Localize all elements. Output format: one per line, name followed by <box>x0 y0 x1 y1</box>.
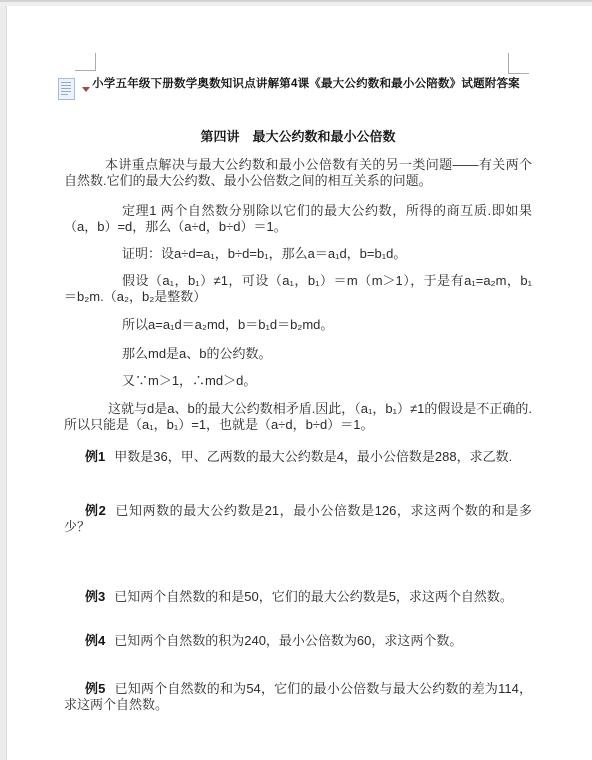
example-4: 例4已知两个自然数的积为240，最小公倍数为60，求这两个数。 <box>64 633 532 649</box>
paragraph-common-divisor: 那么md是a、b的公约数。 <box>64 346 532 362</box>
example-5-label: 例5 <box>85 681 105 696</box>
example-3: 例3已知两个自然数的和是50，它们的最大公约数是5，求这两个自然数。 <box>64 589 532 605</box>
canvas-left-gutter <box>0 0 7 760</box>
example-2: 例2已知两数的最大公约数是21，最小公倍数是126，求这两个数的和是多少？ <box>64 503 532 535</box>
paragraph-inequality: 又∵m＞1，∴md＞d。 <box>64 373 532 389</box>
paragraph-therefore: 所以a=a₁d＝a₂md，b＝b₁d＝b₂md。 <box>64 317 532 333</box>
word-document-view: 小学五年级下册数学奥数知识点讲解第4课《最大公约数和最小公陪数》试题附答案 第四… <box>0 0 592 760</box>
document-page: 小学五年级下册数学奥数知识点讲解第4课《最大公约数和最小公陪数》试题附答案 第四… <box>7 6 592 760</box>
text-boundary-mark <box>508 53 509 74</box>
document-header-title: 小学五年级下册数学奥数知识点讲解第4课《最大公约数和最小公陪数》试题附答案 <box>73 77 539 92</box>
example-5-text: 已知两个自然数的和为54，它们的最小公倍数与最大公约数的差为114，求这两个自然… <box>64 681 532 712</box>
example-2-label: 例2 <box>85 503 106 518</box>
paragraph-proof: 证明：设a÷d=a₁，b÷d=b₁，那么a＝a₁d，b=b₁d。 <box>64 246 532 262</box>
example-1: 例1甲数是36，甲、乙两数的最大公约数是4，最小公倍数是288，求乙数. <box>64 449 532 465</box>
example-4-text: 已知两个自然数的积为240，最小公倍数为60，求这两个数。 <box>114 633 462 648</box>
example-1-label: 例1 <box>85 449 105 464</box>
example-2-text: 已知两数的最大公约数是21，最小公倍数是126，求这两个数的和是多少？ <box>64 503 532 534</box>
example-1-text: 甲数是36，甲、乙两数的最大公约数是4，最小公倍数是288，求乙数. <box>114 449 512 464</box>
section-title: 第四讲 最大公约数和最小公倍数 <box>64 126 532 145</box>
text-boundary-mark <box>95 53 96 71</box>
text-boundary-mark <box>75 70 96 71</box>
window-top-edge <box>0 0 592 6</box>
example-5: 例5已知两个自然数的和为54，它们的最小公倍数与最大公约数的差为114，求这两个… <box>64 681 532 713</box>
paragraph-theorem1: 定理1 两个自然数分别除以它们的最大公约数，所得的商互质.即如果（a，b）=d，… <box>64 203 532 235</box>
paragraph-intro: 本讲重点解决与最大公约数和最小公倍数有关的另一类问题——有关两个自然数.它们的最… <box>64 157 532 189</box>
paragraph-assumption: 假设（a₁，b₁）≠1，可设（a₁，b₁）＝m（m＞1），于是有a₁=a₂m，b… <box>64 273 532 305</box>
example-3-text: 已知两个自然数的和是50，它们的最大公约数是5，求这两个自然数。 <box>114 589 513 604</box>
paragraph-conclusion: 这就与d是a、b的最大公约数相矛盾.因此，（a₁，b₁）≠1的假设是不正确的.所… <box>64 401 532 433</box>
text-boundary-mark <box>508 73 529 74</box>
example-3-label: 例3 <box>85 589 105 604</box>
example-4-label: 例4 <box>85 633 105 648</box>
